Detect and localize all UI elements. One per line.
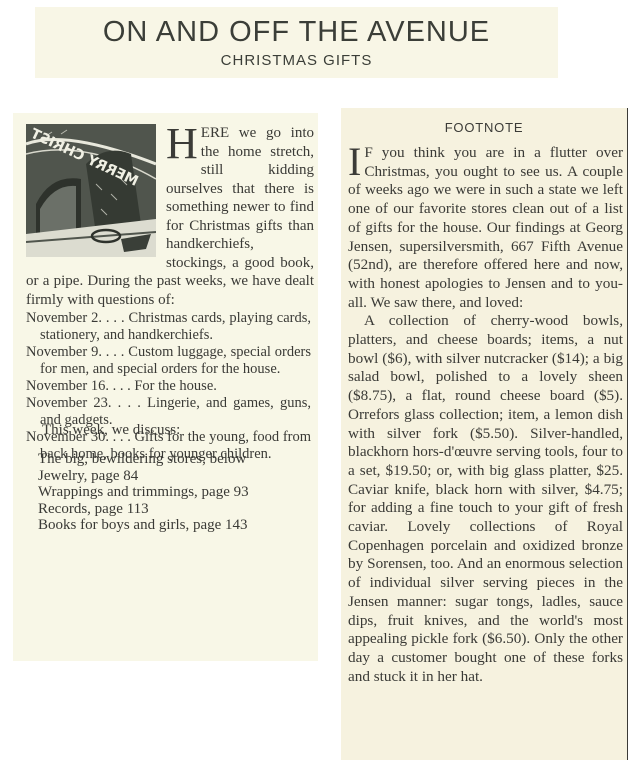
footnote-body: IF you think you are in a flutter over C…	[348, 144, 623, 686]
schedule-date: November 2. . . .	[26, 310, 125, 326]
page-subtitle: CHRISTMAS GIFTS	[35, 52, 558, 70]
schedule-item: November 9. . . . Custom luggage, specia…	[26, 344, 311, 378]
footnote-paragraph-2: A collection of cherry-wood bowls, platt…	[348, 312, 623, 686]
footnote-paragraph-1: IF you think you are in a flutter over C…	[348, 144, 623, 312]
left-column-panel: MERRY CHRIST HERE we go into the home st…	[13, 113, 318, 661]
schedule-item: November 16. . . . For the house.	[26, 378, 311, 395]
schedule-topics: For the house.	[134, 378, 217, 394]
schedule-item: November 2. . . . Christmas cards, playi…	[26, 310, 311, 344]
discuss-item: Jewelry, page 84	[38, 468, 249, 485]
schedule-date: November 23. . . .	[26, 395, 141, 411]
footnote-heading: FOOTNOTE	[341, 120, 627, 135]
discuss-item: The big, bewildering stores, below	[38, 451, 249, 468]
footnote-paragraph-1-text: F you think you are in a flutter over Ch…	[348, 144, 623, 311]
discuss-item: Wrappings and trimmings, page 93	[38, 484, 249, 501]
discuss-label: This week, we discuss:	[42, 422, 180, 439]
discuss-item: Records, page 113	[38, 501, 249, 518]
page-header: ON AND OFF THE AVENUE CHRISTMAS GIFTS	[35, 7, 558, 78]
footnote-panel: FOOTNOTE IF you think you are in a flutt…	[341, 108, 628, 760]
discuss-item: Books for boys and girls, page 143	[38, 517, 249, 534]
intro-dropcap: H	[166, 126, 198, 162]
schedule-date: November 9. . . .	[26, 344, 124, 360]
schedule-date: November 16. . . .	[26, 378, 131, 394]
intro-paragraph: HERE we go into the home stretch, still …	[26, 124, 314, 309]
page-title: ON AND OFF THE AVENUE	[35, 16, 558, 48]
schedule-list: November 2. . . . Christmas cards, playi…	[26, 310, 311, 463]
footnote-dropcap: I	[348, 146, 361, 178]
discuss-list: The big, bewildering stores, below Jewel…	[38, 451, 249, 534]
